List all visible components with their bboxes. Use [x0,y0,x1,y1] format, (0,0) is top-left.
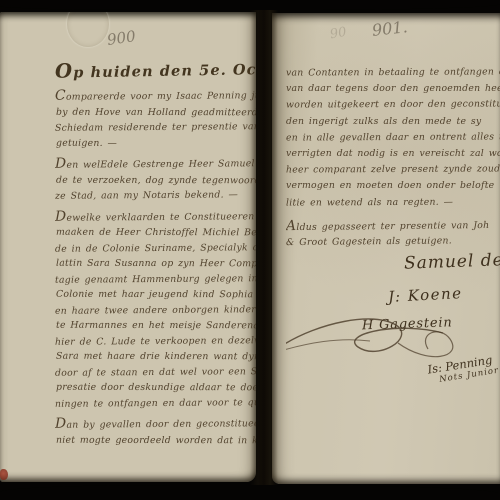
embossed-seal [66,12,110,48]
handwritten-line: Colonie met haar jeugend kind Sophia en [56,287,256,303]
handwritten-line: de te verzoeken, dog zynde tegenwoordig … [56,172,256,188]
letterbox-top [0,0,500,10]
paragraph-contingency: Dan by gevallen door den geconstitueerde… [55,416,256,448]
handwritten-line: Schiedam residerende ter presentie van d… [55,119,256,136]
handwritten-line: Dewelke verklaarden te Constitueeren en … [55,208,256,226]
paragraph-continuation: van Contanten in betaaling te ontfangen … [286,65,500,211]
handwritten-line: hier de C. Lude te verkoopen en dezelve [55,333,256,350]
book-gutter [250,9,278,487]
handwritten-line: te Harmannes en het meisje Sanderena [56,318,256,334]
left-page-text: Op huiden den 5e. October Compareerde vo… [55,58,256,454]
handwritten-line: getuigen. — [56,135,256,151]
handwritten-line: van daar tegens door den genoemden heer [286,81,500,97]
page-number-right: 901. [371,17,408,40]
handwritten-line: lattin Sara Susanna op zyn Heer Comparan… [56,256,256,272]
paragraph-appearance: Compareerde voor my Isaac Penning junior… [55,88,256,151]
handwritten-line: en haare twee andere onborgen kinderen a… [55,302,256,319]
signature-principal: Samuel de M [404,250,500,273]
handwritten-line: Dan by gevallen door den geconstitueerde… [55,415,256,433]
right-page: 90 901. van Contanten in betaaling te on… [272,13,500,484]
handwritten-line: Den welEdele Gestrenge Heer Samuel de M [55,155,256,173]
handwritten-line: den ingerigt zulks als den mede te sy [286,114,500,130]
handwritten-line: verrigten dat nodig is en vereischt zal … [286,146,500,162]
handwritten-line: en in alle gevallen daar en ontrent alle… [286,129,500,146]
handwritten-line: litie en wetend als na regten. — [286,194,500,211]
handwritten-line: worden uitgekeert en door den geconstitu… [286,97,500,114]
handwritten-line: by den Hove van Holland geadmitteerd, bi… [56,104,256,120]
deed-heading: Op huiden den 5e. October [55,58,256,83]
handwritten-line: presatie door deskundige aldaar te doen [56,380,256,396]
handwritten-line: & Groot Gagestein als getuigen. [286,233,500,250]
handwritten-line: maaken de Heer Christoffel Michiel Berk [56,225,256,241]
photograph-of-open-book: 900 Op huiden den 5e. October Compareerd… [0,0,500,500]
red-stain [0,469,8,480]
paragraph-power-of-attorney: Dewelke verklaarden te Constitueeren en … [55,209,256,412]
left-page: 900 Op huiden den 5e. October Compareerd… [0,12,256,482]
handwritten-line: van Contanten in betaaling te ontfangen … [286,65,500,82]
handwritten-line: heer comparant zelve present zynde zoude [286,162,500,179]
signature-witness-koene: J: Koene [388,282,500,306]
handwritten-line: vermogen en moeten doen onder belofte [286,178,500,194]
handwritten-line: Aldus gepasseert ter presentie van Joh [286,217,500,235]
attestation-clause: Aldus gepasseert ter presentie van Joh& … [286,218,500,249]
page-number-left: 900 [106,27,137,49]
signature-witness-gagestein: H Gagestein [362,313,500,333]
handwritten-line: ze Stad, aan my Notaris bekend. — [55,187,256,204]
page-number-right-faint: 90 [329,25,348,43]
handwritten-line: tagie genaamt Hammenburg gelegen in die [55,271,256,288]
handwritten-line: ningen te ontfangen en daar voor te qui [55,395,256,412]
handwritten-line: door af te staan en dat wel voor een Som… [55,364,256,381]
handwritten-line: Sara met haare drie kinderen want dyn lu [56,349,256,365]
signature-notary: Is: Penning Nots Junior [427,351,500,386]
paragraph-comparant: Den welEdele Gestrenge Heer Samuel de Md… [55,156,256,204]
handwritten-line: niet mogte geoordeeld worden dat in ky [56,432,256,448]
handwritten-line: de in de Colonie Suriname, Specialyk omm… [55,240,256,257]
right-page-text: van Contanten in betaaling te ontfangen … [286,65,500,474]
handwritten-line: Compareerde voor my Isaac Penning junior… [55,87,256,105]
book-spread: 900 Op huiden den 5e. October Compareerd… [0,9,500,487]
letterbox-bottom [0,485,500,500]
